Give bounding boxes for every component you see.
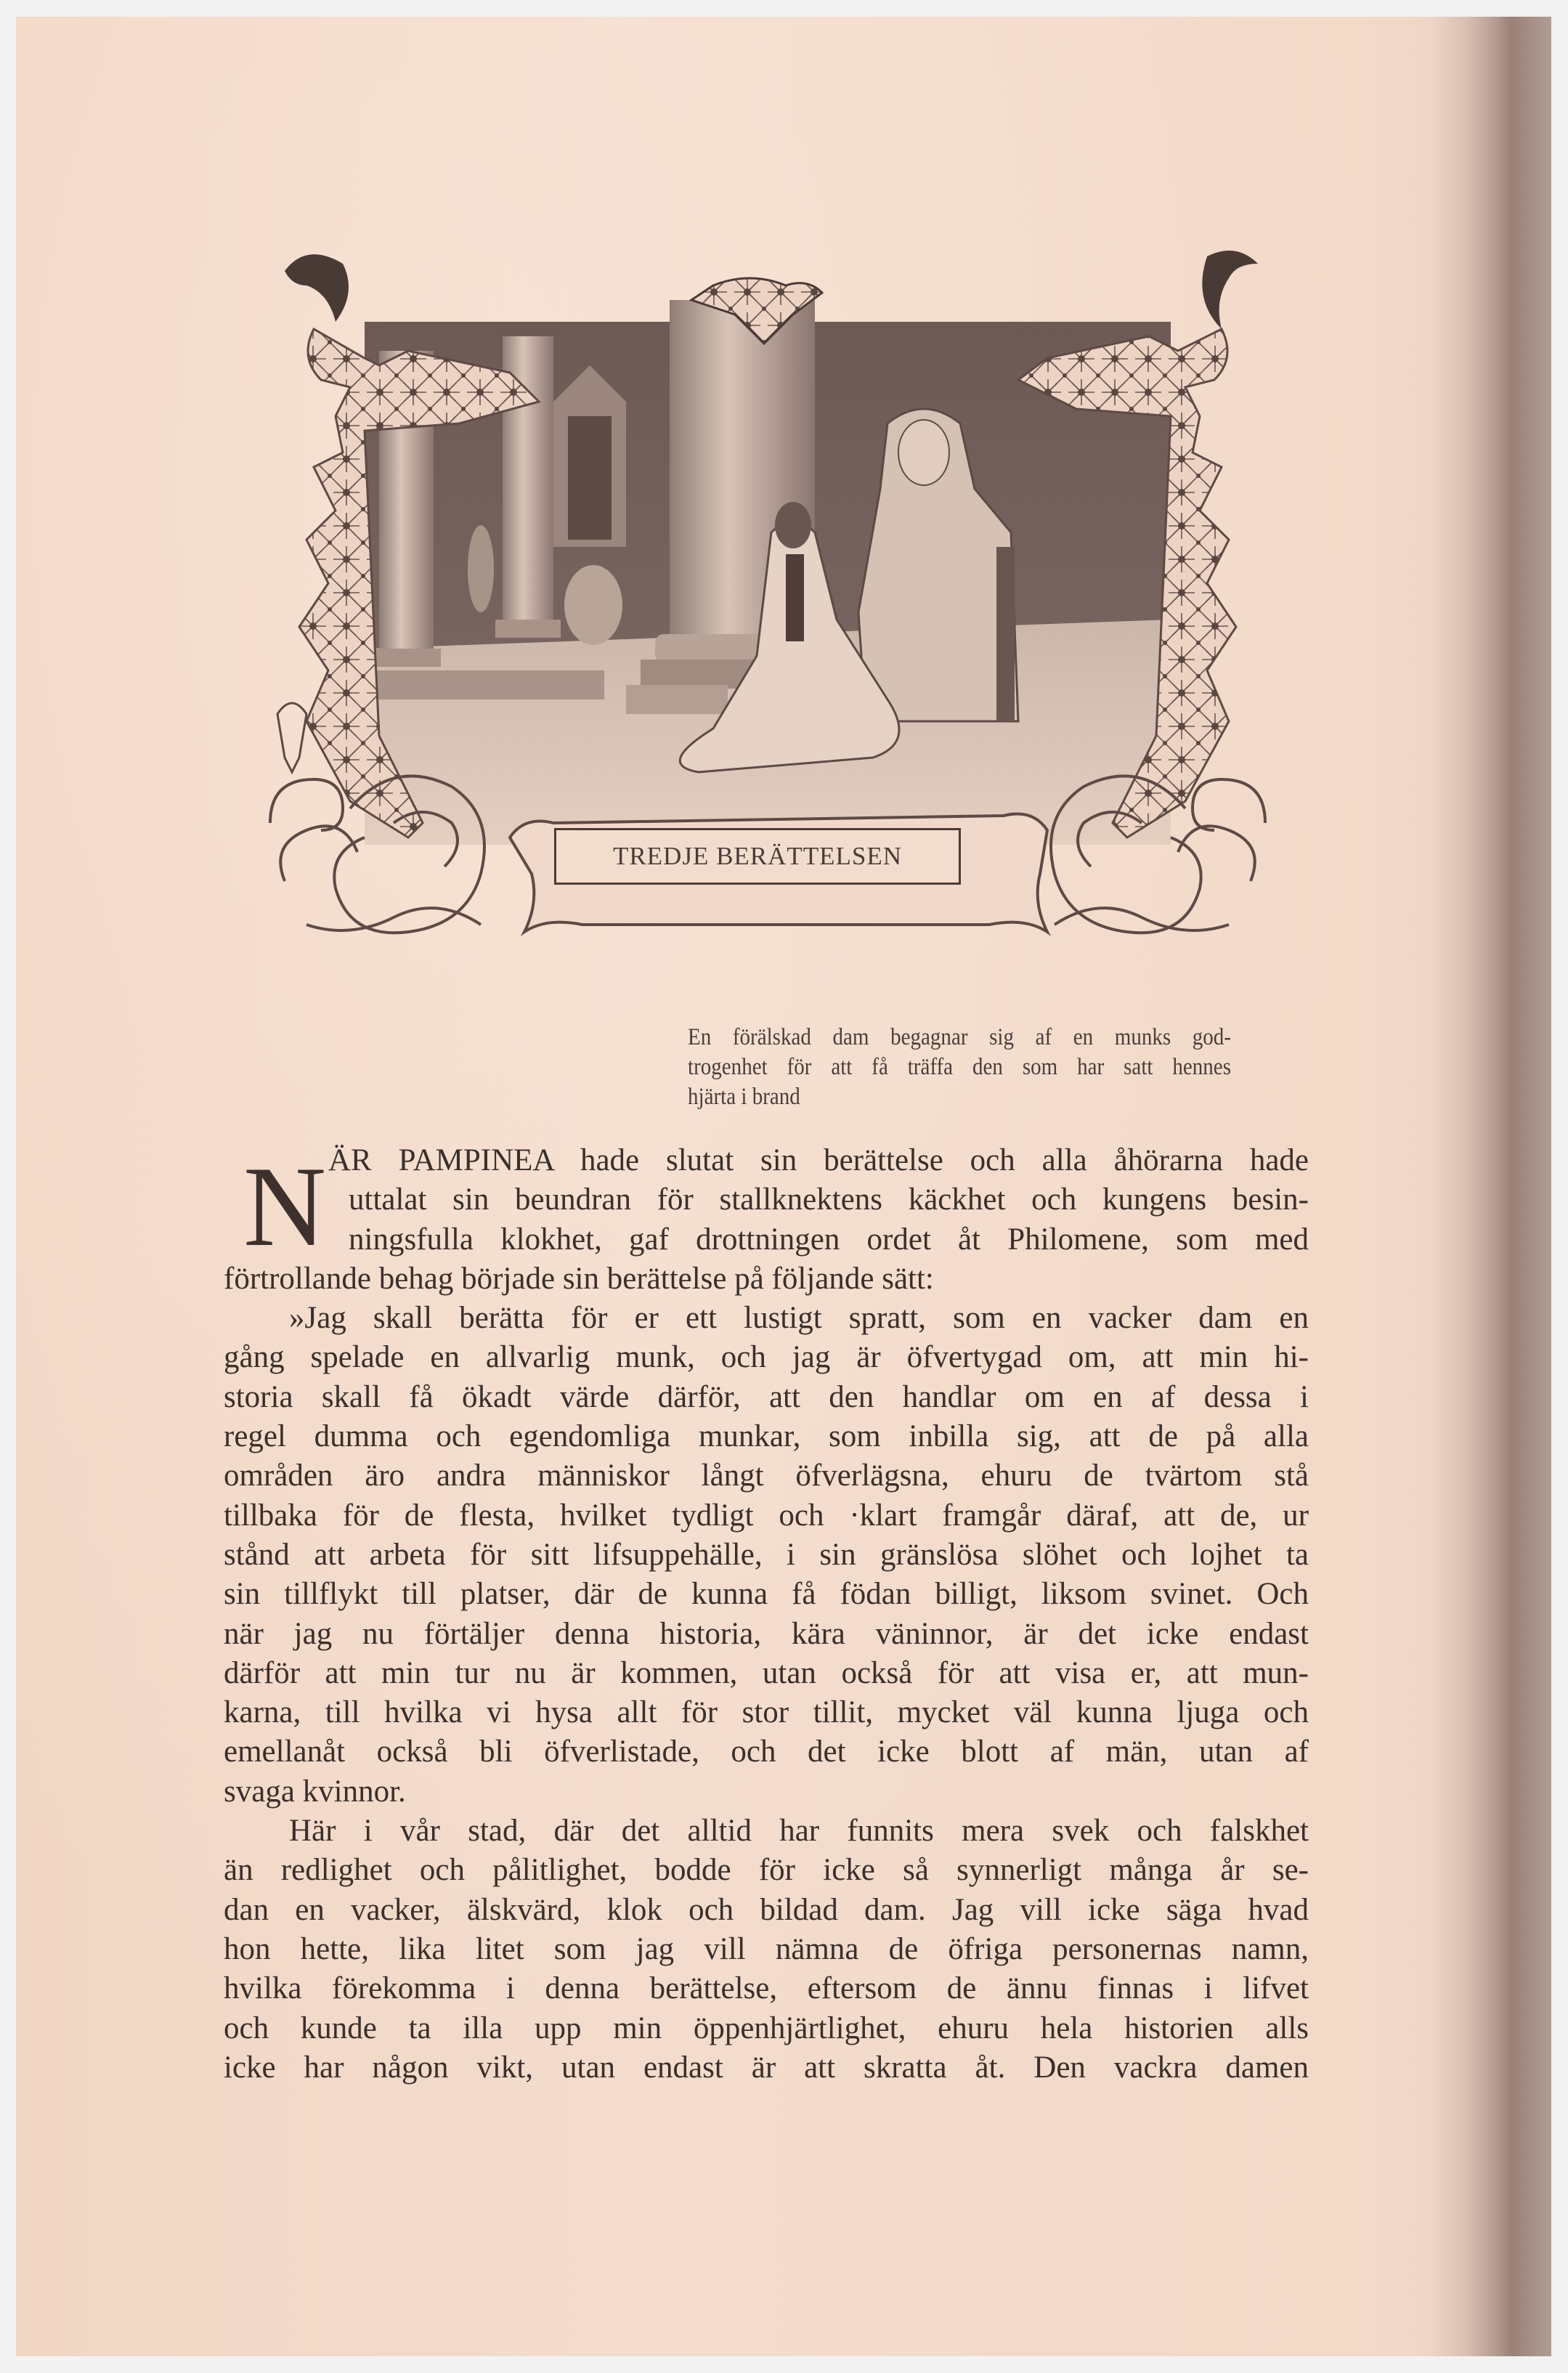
summary-line: En förälskad dam begagnar sig af en munk… bbox=[688, 1023, 1231, 1052]
summary-line: hjärta i brand bbox=[688, 1082, 1231, 1112]
text-line: karna, till hvilka vi hysa allt för stor… bbox=[224, 1693, 1309, 1732]
text-line: uttalat sin beundran för stallknektens k… bbox=[224, 1180, 1309, 1220]
chapter-title: TREDJE BERÄTTELSEN bbox=[613, 842, 902, 871]
text-line: gång spelade en allvarlig munk, och jag … bbox=[224, 1338, 1309, 1377]
text-line: dan en vacker, älskvärd, klok och bildad… bbox=[224, 1891, 1309, 1930]
text-line: tillbaka för de flesta, hvilket tydligt … bbox=[224, 1496, 1309, 1536]
text-line: än redlighet och pålitlighet, bodde för … bbox=[224, 1851, 1309, 1890]
text-line: förtrollande behag började sin berättels… bbox=[224, 1259, 1309, 1299]
text-line: ÄR PAMPINEA hade slutat sin berättelse o… bbox=[224, 1141, 1309, 1180]
drop-cap: N bbox=[243, 1150, 326, 1265]
text-line: »Jag skall berätta för er ett lustigt sp… bbox=[224, 1299, 1309, 1338]
text-line: ningsfulla klokhet, gaf drottningen orde… bbox=[224, 1220, 1309, 1259]
chapter-title-box: TREDJE BERÄTTELSEN bbox=[554, 828, 961, 885]
text-line: svaga kvinnor. bbox=[224, 1772, 1309, 1812]
summary-line: trogenhet för att få träffa den som har … bbox=[688, 1052, 1231, 1082]
text-line: emellanåt också bli öfverlistade, och de… bbox=[224, 1732, 1309, 1772]
text-line: områden äro andra människor långt öfverl… bbox=[224, 1456, 1309, 1496]
chapter-summary: En förälskad dam begagnar sig af en munk… bbox=[688, 1023, 1231, 1112]
text-line: och kunde ta illa upp min öppenhjärtligh… bbox=[224, 2009, 1309, 2048]
text-line: sin tillflykt till platser, där de kunna… bbox=[224, 1575, 1309, 1614]
body-text: N ÄR PAMPINEA hade slutat sin berättelse… bbox=[224, 1141, 1309, 2088]
text-line: regel dumma och egendomliga munkar, som … bbox=[224, 1417, 1309, 1456]
text-line: hvilka förekomma i denna berättelse, eft… bbox=[224, 1969, 1309, 2008]
book-page: TREDJE BERÄTTELSEN En förälskad dam bega… bbox=[16, 17, 1551, 2356]
text-line: hon hette, lika litet som jag vill nämna… bbox=[224, 1930, 1309, 1969]
text-line: storia skall få ökadt värde därför, att … bbox=[224, 1378, 1309, 1417]
text-line: Här i vår stad, där det alltid har funni… bbox=[224, 1812, 1309, 1851]
text-line: därför att min tur nu är kommen, utan oc… bbox=[224, 1654, 1309, 1693]
text-line: när jag nu förtäljer denna historia, kär… bbox=[224, 1615, 1309, 1654]
text-line: icke har någon vikt, utan endast är att … bbox=[224, 2048, 1309, 2088]
text-line: stånd att arbeta för sitt lifsuppehälle,… bbox=[224, 1536, 1309, 1575]
